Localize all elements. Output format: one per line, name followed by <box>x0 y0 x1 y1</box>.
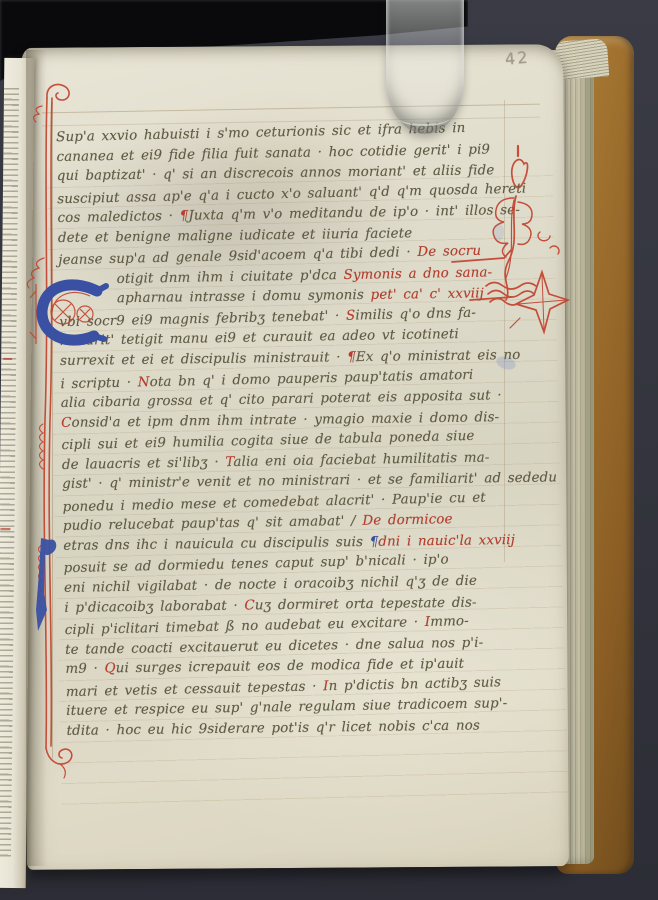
facing-page-text-texture <box>0 88 19 858</box>
folio-number: 42 <box>504 46 546 68</box>
gutter-shadow <box>26 50 52 866</box>
frame-rule-left <box>52 102 53 758</box>
plastic-page-weight[interactable] <box>386 0 464 134</box>
plastic-glint <box>398 110 450 126</box>
facing-page-rubric-mark <box>3 358 12 360</box>
facing-page-rubric-mark <box>0 528 10 530</box>
manuscript-text: Sup'a xxvio habuisti i s'mo ceturionis s… <box>56 119 537 744</box>
manuscript-photo: Sup'a xxvio habuisti i s'mo ceturionis s… <box>0 0 658 900</box>
